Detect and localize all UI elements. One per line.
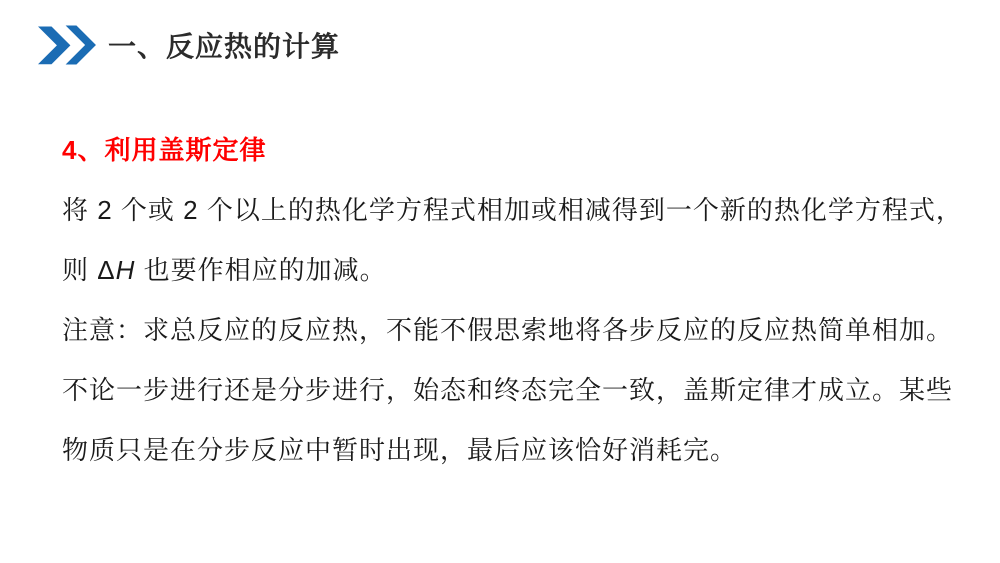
body-line-5-text: 物质只是在分步反应中暂时出现，最后应该恰好消耗完。 xyxy=(62,435,737,465)
slide-title: 一、反应热的计算 xyxy=(108,25,340,65)
body-line-2: 则 ΔH 也要作相应的加减。 xyxy=(62,240,952,300)
double-chevron-right-icon xyxy=(38,24,98,66)
body-line-2-suffix: 也要作相应的加减。 xyxy=(135,255,386,285)
slide-header: 一、反应热的计算 xyxy=(38,24,340,66)
delta-h-variable: H xyxy=(116,255,136,285)
body-line-5: 物质只是在分步反应中暂时出现，最后应该恰好消耗完。 xyxy=(62,420,952,480)
section-heading: 4、利用盖斯定律 xyxy=(62,130,952,167)
slide-body: 4、利用盖斯定律 将 2 个或 2 个以上的热化学方程式相加或相减得到一个新的热… xyxy=(62,130,952,480)
body-line-4: 不论一步进行还是分步进行，始态和终态完全一致，盖斯定律才成立。某些 xyxy=(62,360,952,420)
presentation-slide: 一、反应热的计算 4、利用盖斯定律 将 2 个或 2 个以上的热化学方程式相加或… xyxy=(0,0,1000,563)
body-line-1: 将 2 个或 2 个以上的热化学方程式相加或相减得到一个新的热化学方程式， xyxy=(62,180,952,240)
body-text: 将 2 个或 2 个以上的热化学方程式相加或相减得到一个新的热化学方程式， 则 … xyxy=(62,180,952,480)
body-line-1-text: 将 2 个或 2 个以上的热化学方程式相加或相减得到一个新的热化学方程式， xyxy=(62,195,963,225)
body-line-4-text: 不论一步进行还是分步进行，始态和终态完全一致，盖斯定律才成立。某些 xyxy=(62,375,953,405)
body-line-3-text: 注意：求总反应的反应热，不能不假思索地将各步反应的反应热简单相加。 xyxy=(62,315,953,345)
body-line-2-prefix: 则 Δ xyxy=(62,255,116,285)
body-line-3: 注意：求总反应的反应热，不能不假思索地将各步反应的反应热简单相加。 xyxy=(62,300,952,360)
